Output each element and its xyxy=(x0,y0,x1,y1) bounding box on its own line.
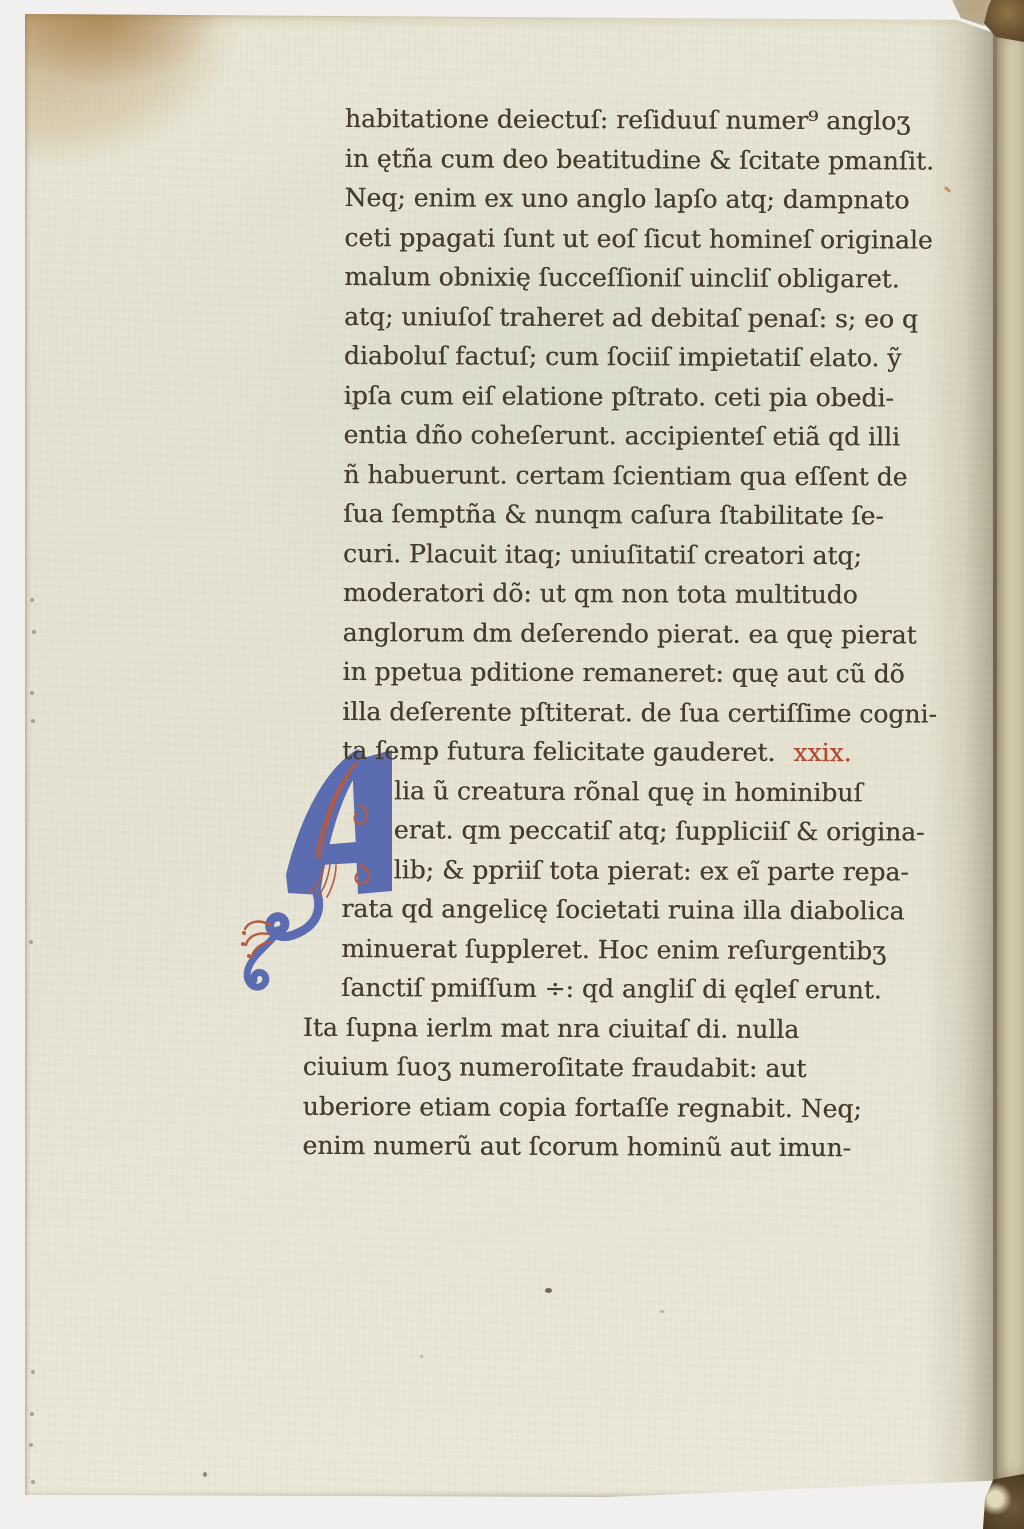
pricking-hole xyxy=(31,1370,35,1374)
line-text: ceti ppagati ſunt ut eoſ ſicut homineſ o… xyxy=(344,222,932,254)
line-text: ñ habuerunt. certam ſcientiam qua eſſent… xyxy=(343,459,907,490)
text-line: lia ũ creatura rõnal quę in hominibuſ xyxy=(342,770,922,812)
pricking-hole xyxy=(32,630,36,634)
line-text: ſanctiſ pmiſſum ÷: qd angliſ di ęqleſ er… xyxy=(341,973,882,1004)
text-line: ipſa cum eiſ elatione pſtrato. ceti pia … xyxy=(344,375,924,417)
line-text: Neq; enim ex uno anglo lapſo atq; dampna… xyxy=(345,183,910,214)
pricking-hole xyxy=(30,598,34,602)
line-text: uberiore etiam copia fortaſſe regnabit. … xyxy=(303,1091,862,1122)
ink-speck xyxy=(660,1310,664,1313)
line-text: habitatione deiectuſ: reſiduuſ numer⁹ an… xyxy=(345,104,911,135)
line-text: illa deſerente pſtiterat. de ſua certiſſ… xyxy=(342,696,937,728)
text-line: anglorum dm deſerendo pierat. ea quę pie… xyxy=(343,612,923,654)
pricking-hole xyxy=(29,1443,33,1447)
text-line: minuerat ſuppleret. Hoc enim reſurgentib… xyxy=(341,928,921,970)
ink-speck xyxy=(545,1288,552,1293)
line-text: enim numerũ aut ſcorum hominũ aut imun- xyxy=(302,1131,851,1162)
pricking-hole xyxy=(30,691,34,695)
text-line: habitatione deiectuſ: reſiduuſ numer⁹ an… xyxy=(345,99,925,141)
line-text: entia dño coheſerunt. accipienteſ etiã q… xyxy=(343,420,900,451)
text-line: ñ habuerunt. certam ſcientiam qua eſſent… xyxy=(343,454,923,496)
text-line: curi. Placuit itaq; uniuſitatiſ creatori… xyxy=(343,533,923,575)
facing-page-edge xyxy=(997,30,1024,1480)
line-text: erat. qm peccatiſ atq; ſuppliciiſ & orig… xyxy=(394,815,925,846)
line-text: minuerat ſuppleret. Hoc enim reſurgentib… xyxy=(341,933,886,964)
text-line: atq; uniuſoſ traheret ad debitaſ penaſ: … xyxy=(344,296,924,338)
text-line: Ita ſupna ierlm mat nra ciuitaſ di. null… xyxy=(303,1007,921,1049)
text-line: Neq; enim ex uno anglo lapſo atq; dampna… xyxy=(344,178,924,220)
chapter-rubric: xxix. xyxy=(793,738,851,767)
line-text: rata qd angelicę ſocietati ruina illa di… xyxy=(341,894,904,925)
text-line: erat. qm peccatiſ atq; ſuppliciiſ & orig… xyxy=(342,810,922,852)
line-text: ta ſemp futura felicitate gauderet. xyxy=(342,736,775,767)
line-text: in ppetua pditione remaneret: quę aut cũ… xyxy=(342,657,904,688)
line-text: in ętña cum deo beatitudine & ſcitate pm… xyxy=(345,143,934,175)
line-text: lia ũ creatura rõnal quę in hominibuſ xyxy=(394,776,863,807)
corner-stain xyxy=(25,14,325,264)
text-line: in ppetua pditione remaneret: quę aut cũ… xyxy=(342,652,922,694)
text-line: entia dño coheſerunt. accipienteſ etiã q… xyxy=(343,415,923,457)
top-edge-stain xyxy=(25,14,995,28)
line-text: diaboluſ factuſ; cum ſociiſ impietatiſ e… xyxy=(344,341,902,372)
text-line: ſua ſemptña & nunqm caſura ſtabilitate ſ… xyxy=(343,494,923,536)
line-text: ſua ſemptña & nunqm caſura ſtabilitate ſ… xyxy=(343,499,884,530)
text-line: ceti ppagati ſunt ut eoſ ſicut homineſ o… xyxy=(344,217,924,259)
line-text: Ita ſupna ierlm mat nra ciuitaſ di. null… xyxy=(303,1012,799,1043)
binding-leather-bottom xyxy=(983,1474,1024,1529)
line-text: malum obnixię ſucceſſioniſ uincliſ oblig… xyxy=(344,262,900,293)
pricking-hole xyxy=(31,1480,35,1484)
text-line: diaboluſ factuſ; cum ſociiſ impietatiſ e… xyxy=(344,336,924,378)
pricking-hole xyxy=(29,940,33,944)
text-line: uberiore etiam copia fortaſſe regnabit. … xyxy=(303,1086,921,1128)
ink-speck xyxy=(420,1355,423,1358)
line-text: atq; uniuſoſ traheret ad debitaſ penaſ: … xyxy=(344,301,918,333)
text-line: moderatori dõ: ut qm non tota multitudo xyxy=(343,573,923,615)
text-line: lib; & ppriiſ tota pierat: ex eĩ parte r… xyxy=(342,849,922,891)
ink-speck xyxy=(203,1472,207,1477)
line-text: lib; & ppriiſ tota pierat: ex eĩ parte r… xyxy=(394,855,909,886)
text-line: ciuium ſuoʒ numeroſitate fraudabit: aut xyxy=(303,1047,921,1089)
line-text: curi. Placuit itaq; uniuſitatiſ creatori… xyxy=(343,538,862,569)
line-text: anglorum dm deſerendo pierat. ea quę pie… xyxy=(343,617,917,649)
text-line: illa deſerente pſtiterat. de ſua certiſſ… xyxy=(342,691,922,733)
text-line: rata qd angelicę ſocietati ruina illa di… xyxy=(341,889,921,931)
text-line: malum obnixię ſucceſſioniſ uincliſ oblig… xyxy=(344,257,924,299)
text-line: ta ſemp futura felicitate gauderet.xxix. xyxy=(342,731,922,773)
gutter-shadow xyxy=(925,14,995,1497)
text-block: habitatione deiectuſ: reſiduuſ numer⁹ an… xyxy=(340,99,925,1168)
line-text: ipſa cum eiſ elatione pſtrato. ceti pia … xyxy=(344,380,894,411)
manuscript-photo: A habitatione deiectuſ: reſiduuſ numer⁹ … xyxy=(0,0,1024,1529)
text-line: enim numerũ aut ſcorum hominũ aut imun- xyxy=(302,1126,920,1168)
line-text: ciuium ſuoʒ numeroſitate fraudabit: aut xyxy=(303,1052,807,1083)
pricking-hole xyxy=(30,1412,34,1416)
text-line: ſanctiſ pmiſſum ÷: qd angliſ di ęqleſ er… xyxy=(341,968,921,1010)
pricking-hole xyxy=(31,719,35,723)
text-line: in ętña cum deo beatitudine & ſcitate pm… xyxy=(345,138,925,180)
line-text: moderatori dõ: ut qm non tota multitudo xyxy=(343,578,858,609)
